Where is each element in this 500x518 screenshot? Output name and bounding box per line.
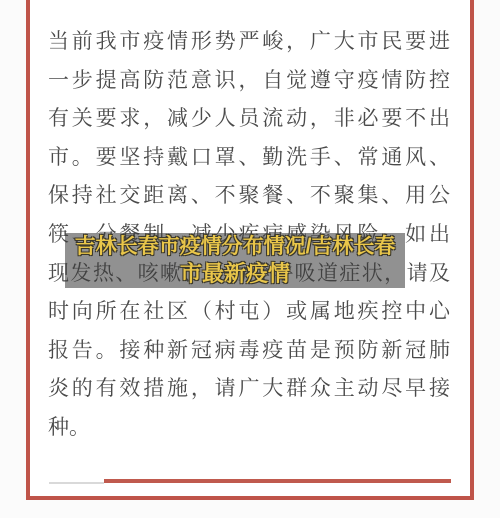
document-line: 有关要求，减少人员流动，非必要不出 — [48, 100, 450, 139]
title-overlay-banner: 吉林长春市疫情分布情况/吉林长春 市最新疫情 — [65, 233, 405, 288]
document-line: 炎的有效措施，请广大群众主动尽早接 — [48, 370, 450, 409]
page-background: { "theme": { "page-bg": "#fbfbfb", "card… — [0, 0, 500, 518]
divider-red-segment — [104, 479, 451, 483]
document-line: 时向所在社区（村屯）或属地疾控中心 — [48, 293, 450, 332]
document-line: 报告。接种新冠病毒疫苗是预防新冠肺 — [48, 332, 450, 371]
document-line: 当前我市疫情形势严峻，广大市民要进 — [48, 23, 450, 62]
document-line: 保持社交距离、不聚餐、不聚集、用公 — [48, 177, 450, 216]
overlay-title-line-2: 市最新疫情 — [180, 260, 290, 287]
document-line: 市。要坚持戴口罩、勤洗手、常通风、 — [48, 139, 450, 178]
divider-gray-segment — [49, 482, 104, 484]
overlay-title-line-1: 吉林长春市疫情分布情况/吉林长春 — [75, 234, 396, 260]
document-line: 种。 — [48, 409, 450, 448]
document-line: 一步提高防范意识，自觉遵守疫情防控 — [48, 62, 450, 101]
